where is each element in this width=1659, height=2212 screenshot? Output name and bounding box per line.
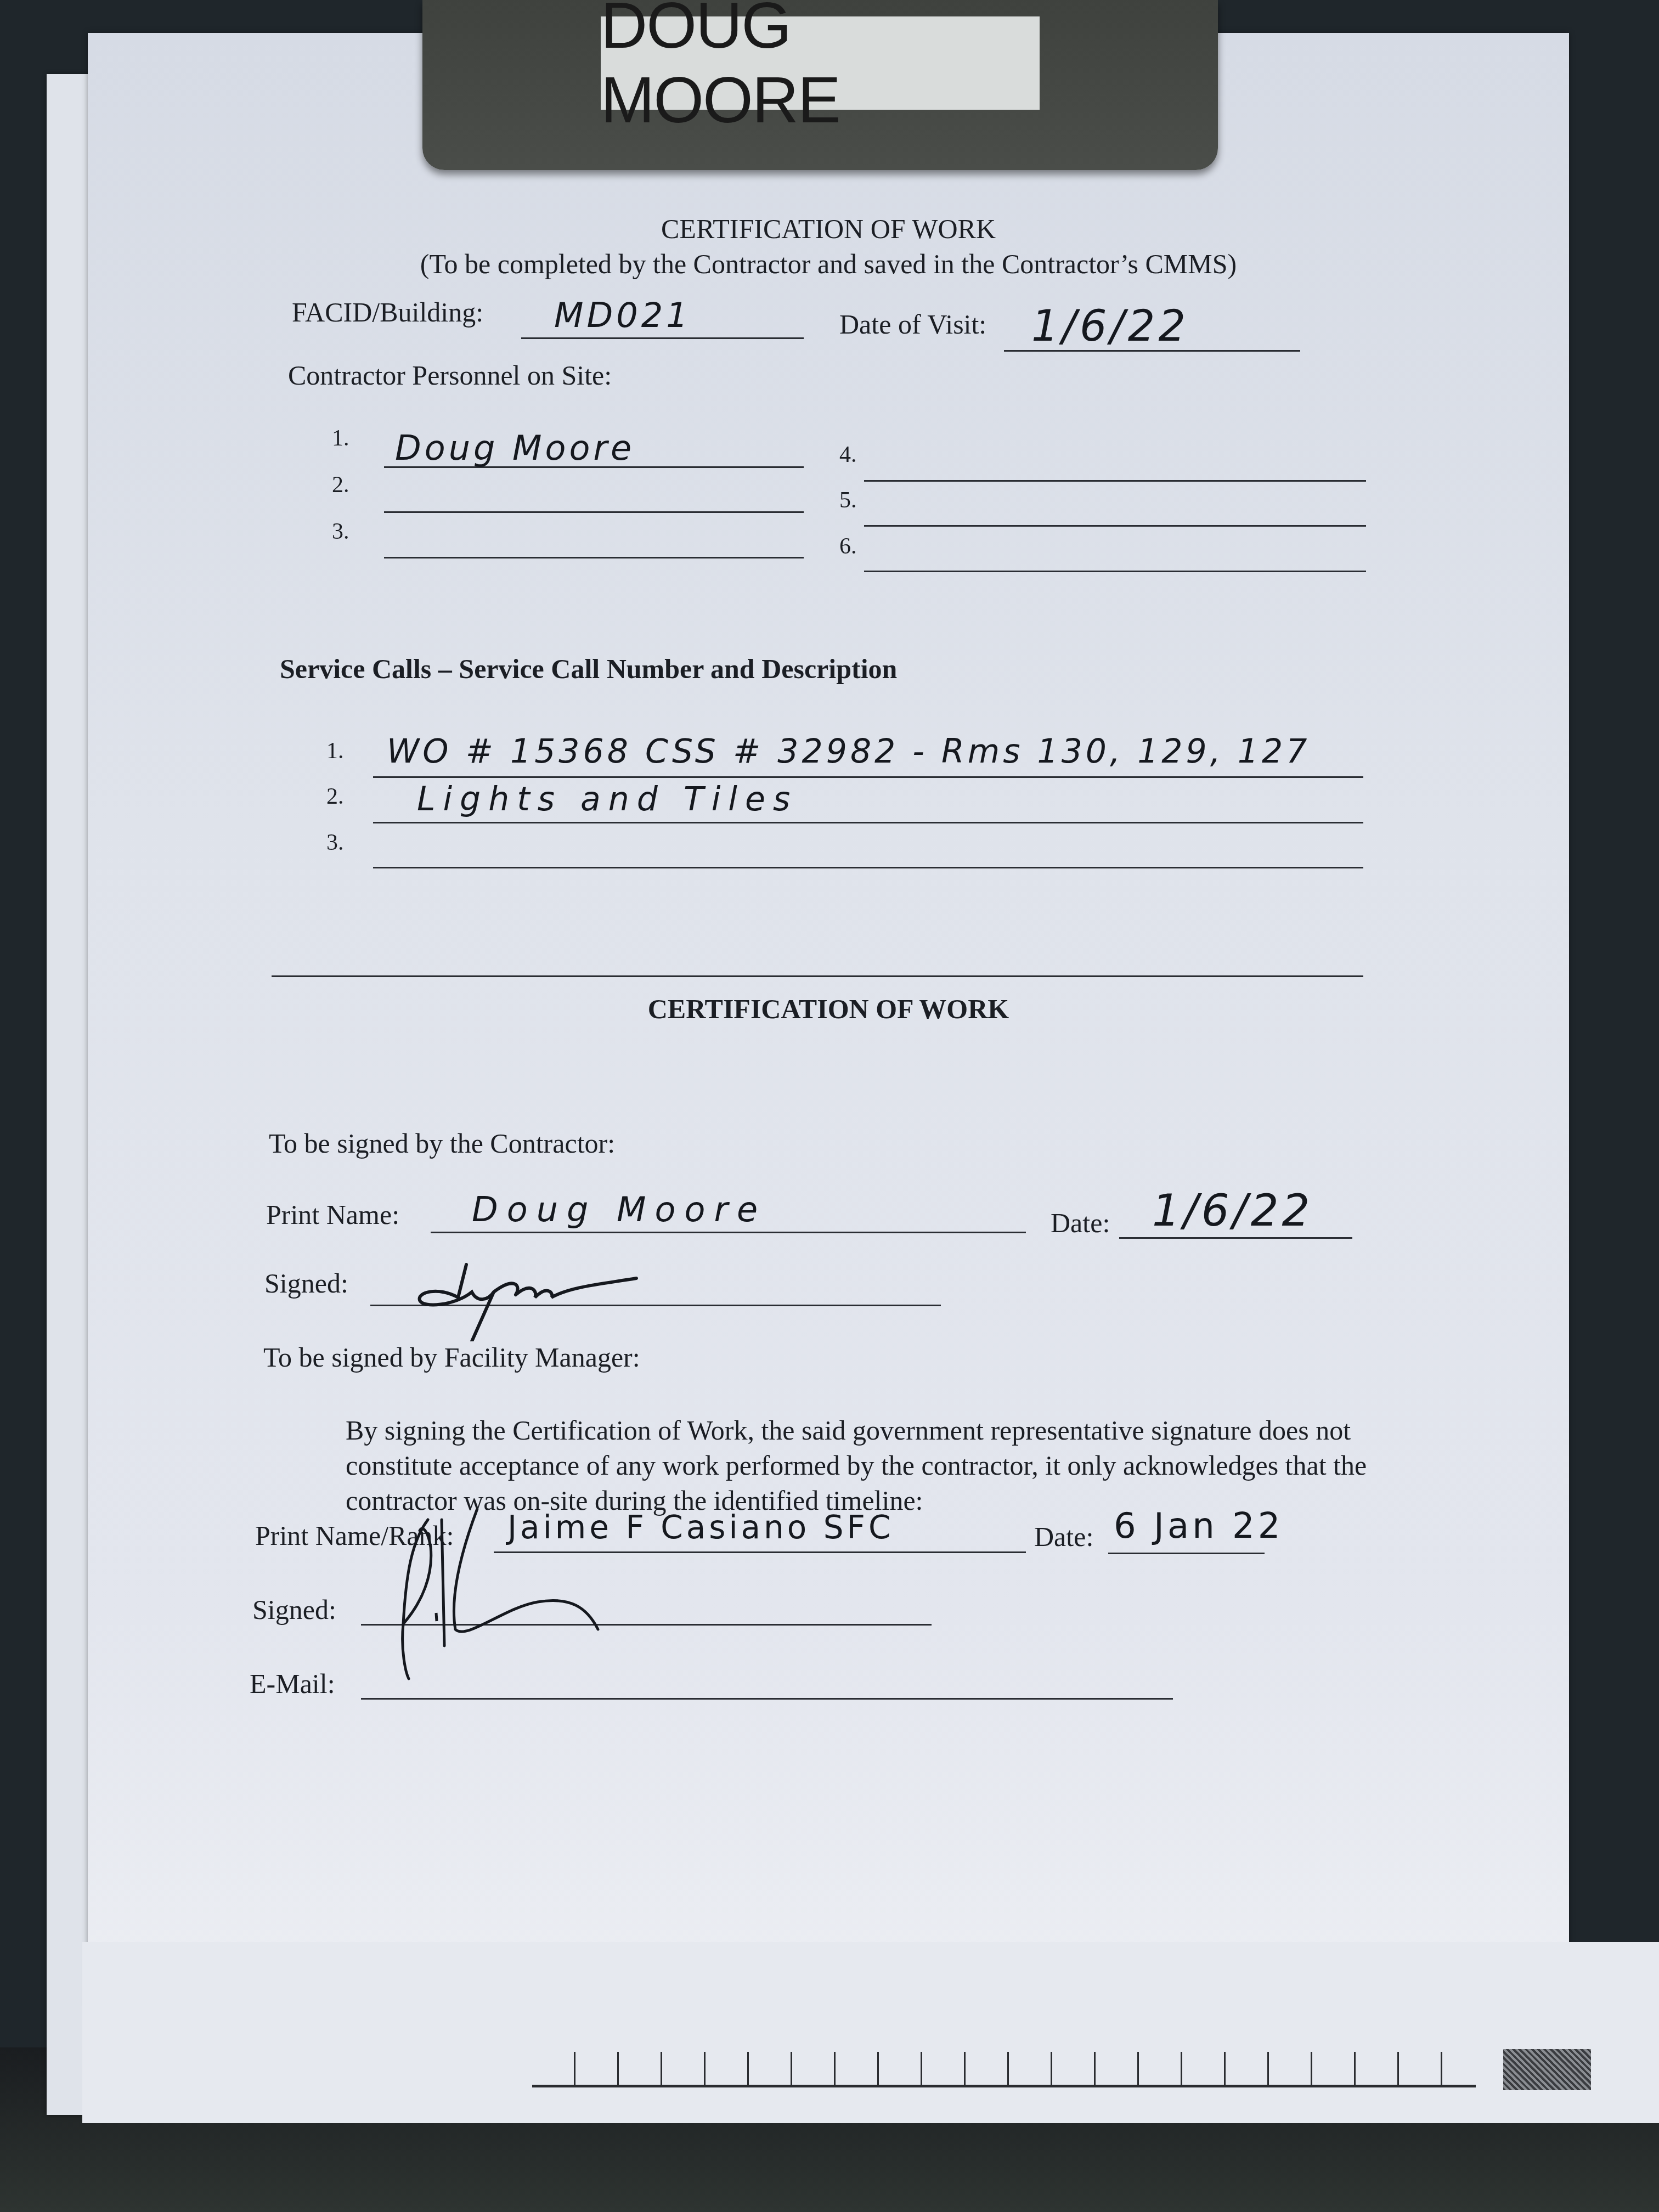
manager-signed-label: Signed: [252,1594,336,1626]
form-strip [532,2052,1476,2087]
form-page: CERTIFICATION OF WORK (To be completed b… [88,33,1569,2008]
service-calls-label: Service Calls – Service Call Number and … [280,653,897,685]
service-call-2-number: 2. [326,783,344,810]
disclaimer-line-2: constitute acceptance of any work perfor… [346,1448,1487,1483]
personnel-3-number: 3. [332,518,349,545]
personnel-4-number: 4. [839,442,857,468]
personnel-label: Contractor Personnel on Site: [288,359,612,391]
contractor-date-label: Date: [1051,1207,1110,1239]
facid-line [521,337,804,339]
contractor-section-heading: To be signed by the Contractor: [269,1127,615,1159]
manager-disclaimer: By signing the Certification of Work, th… [346,1413,1487,1518]
manager-section-heading: To be signed by Facility Manager: [263,1341,640,1373]
form-title: CERTIFICATION OF WORK [88,213,1569,245]
facid-value[interactable]: MD021 [554,295,691,335]
contractor-print-name-line [431,1232,1026,1233]
personnel-2-line[interactable] [384,511,804,513]
manager-date-label: Date: [1034,1521,1093,1553]
service-call-3-line[interactable] [373,867,1363,868]
personnel-5-number: 5. [839,487,857,513]
manager-date-value[interactable]: 6 Jan 22 [1114,1506,1284,1547]
service-call-2-value[interactable]: Lights and Tiles [417,780,798,819]
stamp-mark [1503,2049,1591,2090]
clipboard-clip: DOUG MOORE [422,0,1218,170]
contractor-print-name-label: Print Name: [266,1199,399,1231]
personnel-1-value[interactable]: Doug Moore [395,428,635,468]
personnel-2-number: 2. [332,472,349,498]
contractor-signed-label: Signed: [264,1267,348,1299]
service-call-1-line [373,776,1363,778]
clipboard-name-label: DOUG MOORE [601,16,1040,110]
contractor-print-name-value[interactable]: Doug Moore [472,1189,766,1229]
lower-paper [82,1942,1659,2123]
section-divider [272,975,1363,977]
contractor-date-line [1119,1237,1352,1239]
contractor-signature[interactable] [406,1254,790,1341]
service-call-2-line [373,822,1363,823]
date-of-visit-value[interactable]: 1/6/22 [1031,302,1189,351]
personnel-6-number: 6. [839,533,857,560]
service-call-1-number: 1. [326,738,344,764]
certification-heading: CERTIFICATION OF WORK [88,993,1569,1025]
manager-email-line[interactable] [361,1698,1173,1700]
personnel-1-number: 1. [332,425,349,452]
service-call-3-number: 3. [326,830,344,856]
form-subtitle: (To be completed by the Contractor and s… [88,248,1569,280]
manager-date-line [1108,1553,1265,1554]
personnel-3-line[interactable] [384,557,804,558]
contractor-date-value[interactable]: 1/6/22 [1152,1185,1313,1236]
personnel-5-line[interactable] [864,525,1366,527]
manager-email-label: E-Mail: [250,1668,335,1700]
manager-signature[interactable] [395,1509,724,1684]
facid-label: FACID/Building: [292,296,483,328]
personnel-6-line[interactable] [864,571,1366,572]
service-call-1-value[interactable]: WO # 15368 CSS # 32982 - Rms 130, 129, 1… [387,732,1310,771]
date-of-visit-label: Date of Visit: [839,308,986,340]
personnel-4-line[interactable] [864,480,1366,482]
disclaimer-line-1: By signing the Certification of Work, th… [346,1413,1487,1448]
